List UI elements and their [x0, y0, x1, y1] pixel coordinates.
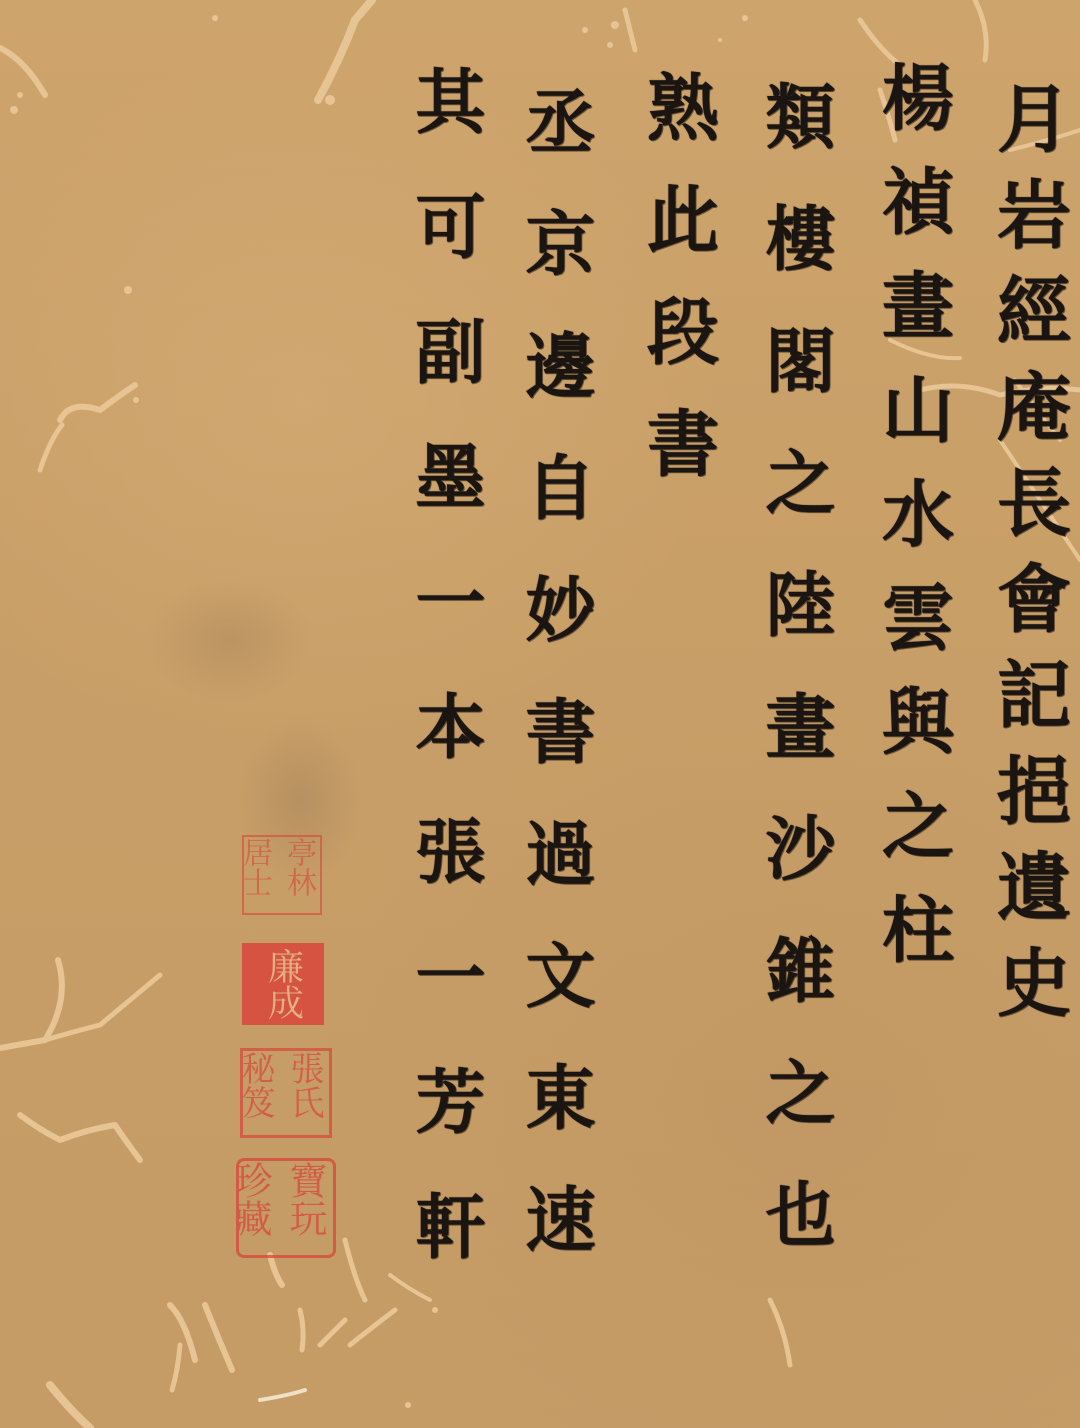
calligraphy-column-4: 熟此段書: [625, 70, 729, 518]
calligraphy-column-5: 丞京邊自妙書過文東速: [505, 85, 606, 1305]
seal-4-text: 寶玩珍藏: [223, 1161, 333, 1255]
calligraphy-column-3: 類樓閣之陸畫沙錐之也: [745, 80, 846, 1300]
seal-1-text: 亭林居士: [232, 837, 320, 913]
calligraphy-column-2: 楊禎畫山水雲與之柱: [860, 60, 964, 996]
calligraphy-column-6: 其可副墨一本張一芳軒: [395, 65, 496, 1315]
seal-3-text: 張氏秘笈: [231, 1051, 329, 1135]
seal-1: 亭林居士: [242, 835, 322, 915]
seal-2-text: 廉成: [258, 948, 309, 1020]
calligraphy-column-1: 月岩經庵長會記挹遺史: [975, 80, 1080, 1040]
seal-3: 張氏秘笈: [240, 1048, 332, 1138]
seal-2: 廉成: [242, 943, 324, 1025]
calligraphy-artwork: 月岩經庵長會記挹遺史 楊禎畫山水雲與之柱 類樓閣之陸畫沙錐之也 熟此段書 丞京邊…: [0, 0, 1080, 1428]
seal-4: 寶玩珍藏: [236, 1158, 336, 1258]
